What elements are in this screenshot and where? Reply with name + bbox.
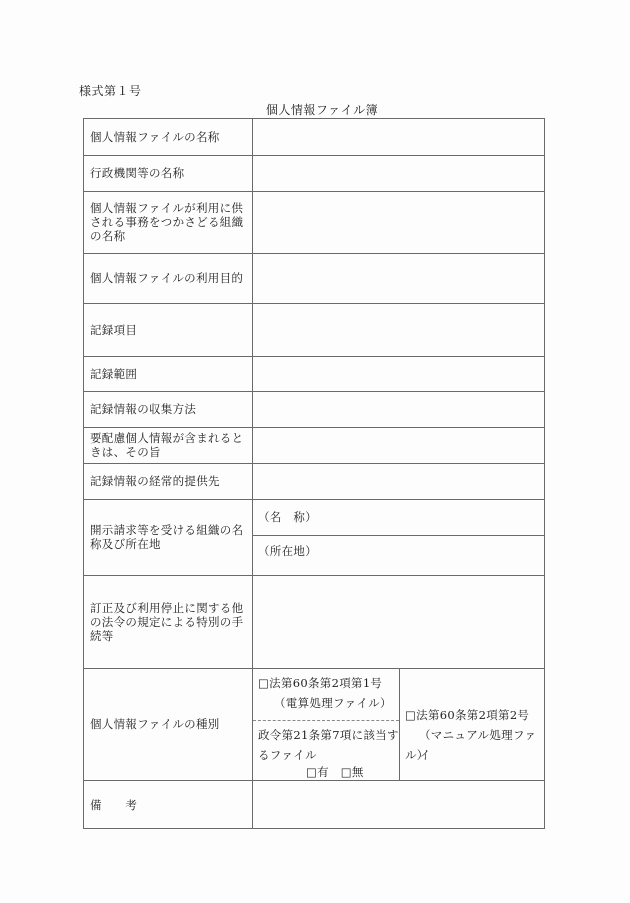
label-regular-recipients: 記録情報の経常的提供先 [90,463,250,499]
label-agency-name: 行政機関等の名称 [90,155,250,191]
label-sensitive-info: 要配慮個人情報が含まれるときは、その旨 [90,427,250,463]
label-remarks: 備 考 [90,780,250,830]
option-manual-processing-note-2: ル） [405,745,429,765]
cabinet-order-text: 政令第21条第7項に該当す [258,725,399,745]
label-disclosure-org: 開示請求等を受ける組織の名称及び所在地 [90,499,250,575]
option-manual-processing-note: （マニュアル処理ファイ [419,725,544,765]
cabinet-order-yes-no-checkboxes[interactable]: □有 □無 [306,762,364,782]
option-computer-processing[interactable]: □法第60条第2項第1号 [258,673,382,693]
label-record-scope: 記録範囲 [90,356,250,391]
label-file-name: 個人情報ファイルの名称 [90,119,250,155]
option-manual-processing[interactable]: □法第60条第2項第2号 [405,705,529,725]
dashed-divider [253,720,399,721]
label-special-procedures: 訂正及び利用停止に関する他の法令の規定による特別の手続等 [90,575,250,668]
label-purpose: 個人情報ファイルの利用目的 [90,253,250,303]
label-record-items: 記録項目 [90,303,250,356]
personal-info-file-register-table: 個人情報ファイルの名称 行政機関等の名称 個人情報ファイルが利用に供される事務を… [83,118,545,829]
label-collection-method: 記録情報の収集方法 [90,391,250,427]
column-divider [252,119,253,829]
sub-label-location: （所在地） [258,541,317,561]
document-title: 個人情報ファイル簿 [252,101,392,118]
type-option-divider [399,668,400,780]
name-location-divider [252,535,544,536]
option-computer-processing-note: （電算処理ファイル） [274,693,392,713]
sub-label-name: （名 称） [258,507,317,527]
form-number: 様式第１号 [79,82,142,99]
label-file-type: 個人情報ファイルの種別 [90,668,250,780]
label-organization-name: 個人情報ファイルが利用に供される事務をつかさどる組織の名称 [90,191,250,253]
